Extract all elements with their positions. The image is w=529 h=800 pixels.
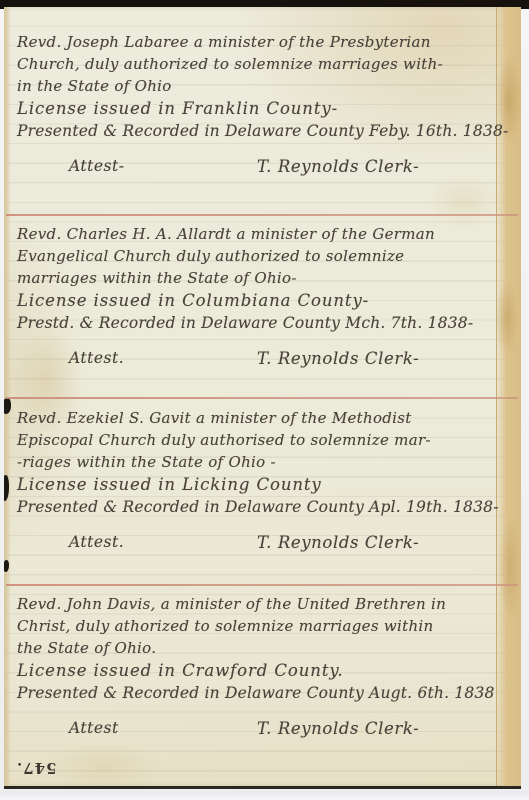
ledger-entry-allardt: Revd. Charles H. A. Allardt a minister o…: [17, 223, 509, 373]
recorded-line: Presented & Recorded in Delaware County …: [17, 120, 509, 142]
attest-row: Attest. T. Reynolds Clerk-: [17, 349, 509, 373]
entry-text-line: the State of Ohio.: [17, 637, 509, 659]
entry-text-line: Evangelical Church duly authorized to so…: [17, 245, 509, 267]
entry-text-line: Christ, duly athorized to solemnize marr…: [17, 615, 509, 637]
attest-label: Attest: [69, 719, 119, 737]
license-line: License issued in Licking County: [17, 473, 509, 496]
attest-row: Attest- T. Reynolds Clerk-: [17, 157, 509, 181]
ledger-page: Revd. Joseph Labaree a minister of the P…: [4, 7, 521, 789]
entry-text-line: Church, duly authorized to solemnize mar…: [17, 53, 509, 75]
clerk-signature: T. Reynolds Clerk-: [257, 533, 419, 552]
entry-text-line: in the State of Ohio: [17, 75, 509, 97]
recorded-line: Presented & Recorded in Delaware County …: [17, 682, 509, 704]
entry-text-line: marriages within the State of Ohio-: [17, 267, 509, 289]
folio-number-upside-down: 547.: [16, 759, 57, 777]
attest-row: Attest. T. Reynolds Clerk-: [17, 533, 509, 557]
entry-text-line: Revd. Ezekiel S. Gavit a minister of the…: [17, 407, 509, 429]
attest-row: Attest T. Reynolds Clerk-: [17, 719, 509, 743]
license-line: License issued in Crawford County.: [17, 659, 509, 682]
clerk-signature: T. Reynolds Clerk-: [257, 157, 419, 176]
scan-surface-bottom: [0, 791, 529, 800]
entry-separator-rule: [6, 397, 518, 399]
paper-stain: [44, 742, 164, 789]
entry-separator-rule: [6, 214, 518, 216]
entry-text-line: Episcopal Church duly authorised to sole…: [17, 429, 509, 451]
clerk-signature: T. Reynolds Clerk-: [257, 349, 419, 368]
license-line: License issued in Franklin County-: [17, 97, 509, 120]
attest-label: Attest.: [69, 533, 124, 551]
scanned-ledger-document: Revd. Joseph Labaree a minister of the P…: [0, 0, 529, 800]
entry-text-line: -riages within the State of Ohio -: [17, 451, 509, 473]
license-line: License issued in Columbiana County-: [17, 289, 509, 312]
ledger-entry-gavit: Revd. Ezekiel S. Gavit a minister of the…: [17, 407, 509, 557]
attest-label: Attest-: [69, 157, 124, 175]
ledger-entry-davis: Revd. John Davis, a minister of the Unit…: [17, 593, 509, 743]
entry-separator-rule: [6, 584, 518, 586]
recorded-line: Presented & Recorded in Delaware County …: [17, 496, 509, 518]
clerk-signature: T. Reynolds Clerk-: [257, 719, 419, 738]
entry-text-line: Revd. John Davis, a minister of the Unit…: [17, 593, 509, 615]
ledger-entry-labaree: Revd. Joseph Labaree a minister of the P…: [17, 31, 509, 181]
attest-label: Attest.: [69, 349, 124, 367]
recorded-line: Prestd. & Recorded in Delaware County Mc…: [17, 312, 509, 334]
entry-text-line: Revd. Charles H. A. Allardt a minister o…: [17, 223, 509, 245]
entry-text-line: Revd. Joseph Labaree a minister of the P…: [17, 31, 509, 53]
